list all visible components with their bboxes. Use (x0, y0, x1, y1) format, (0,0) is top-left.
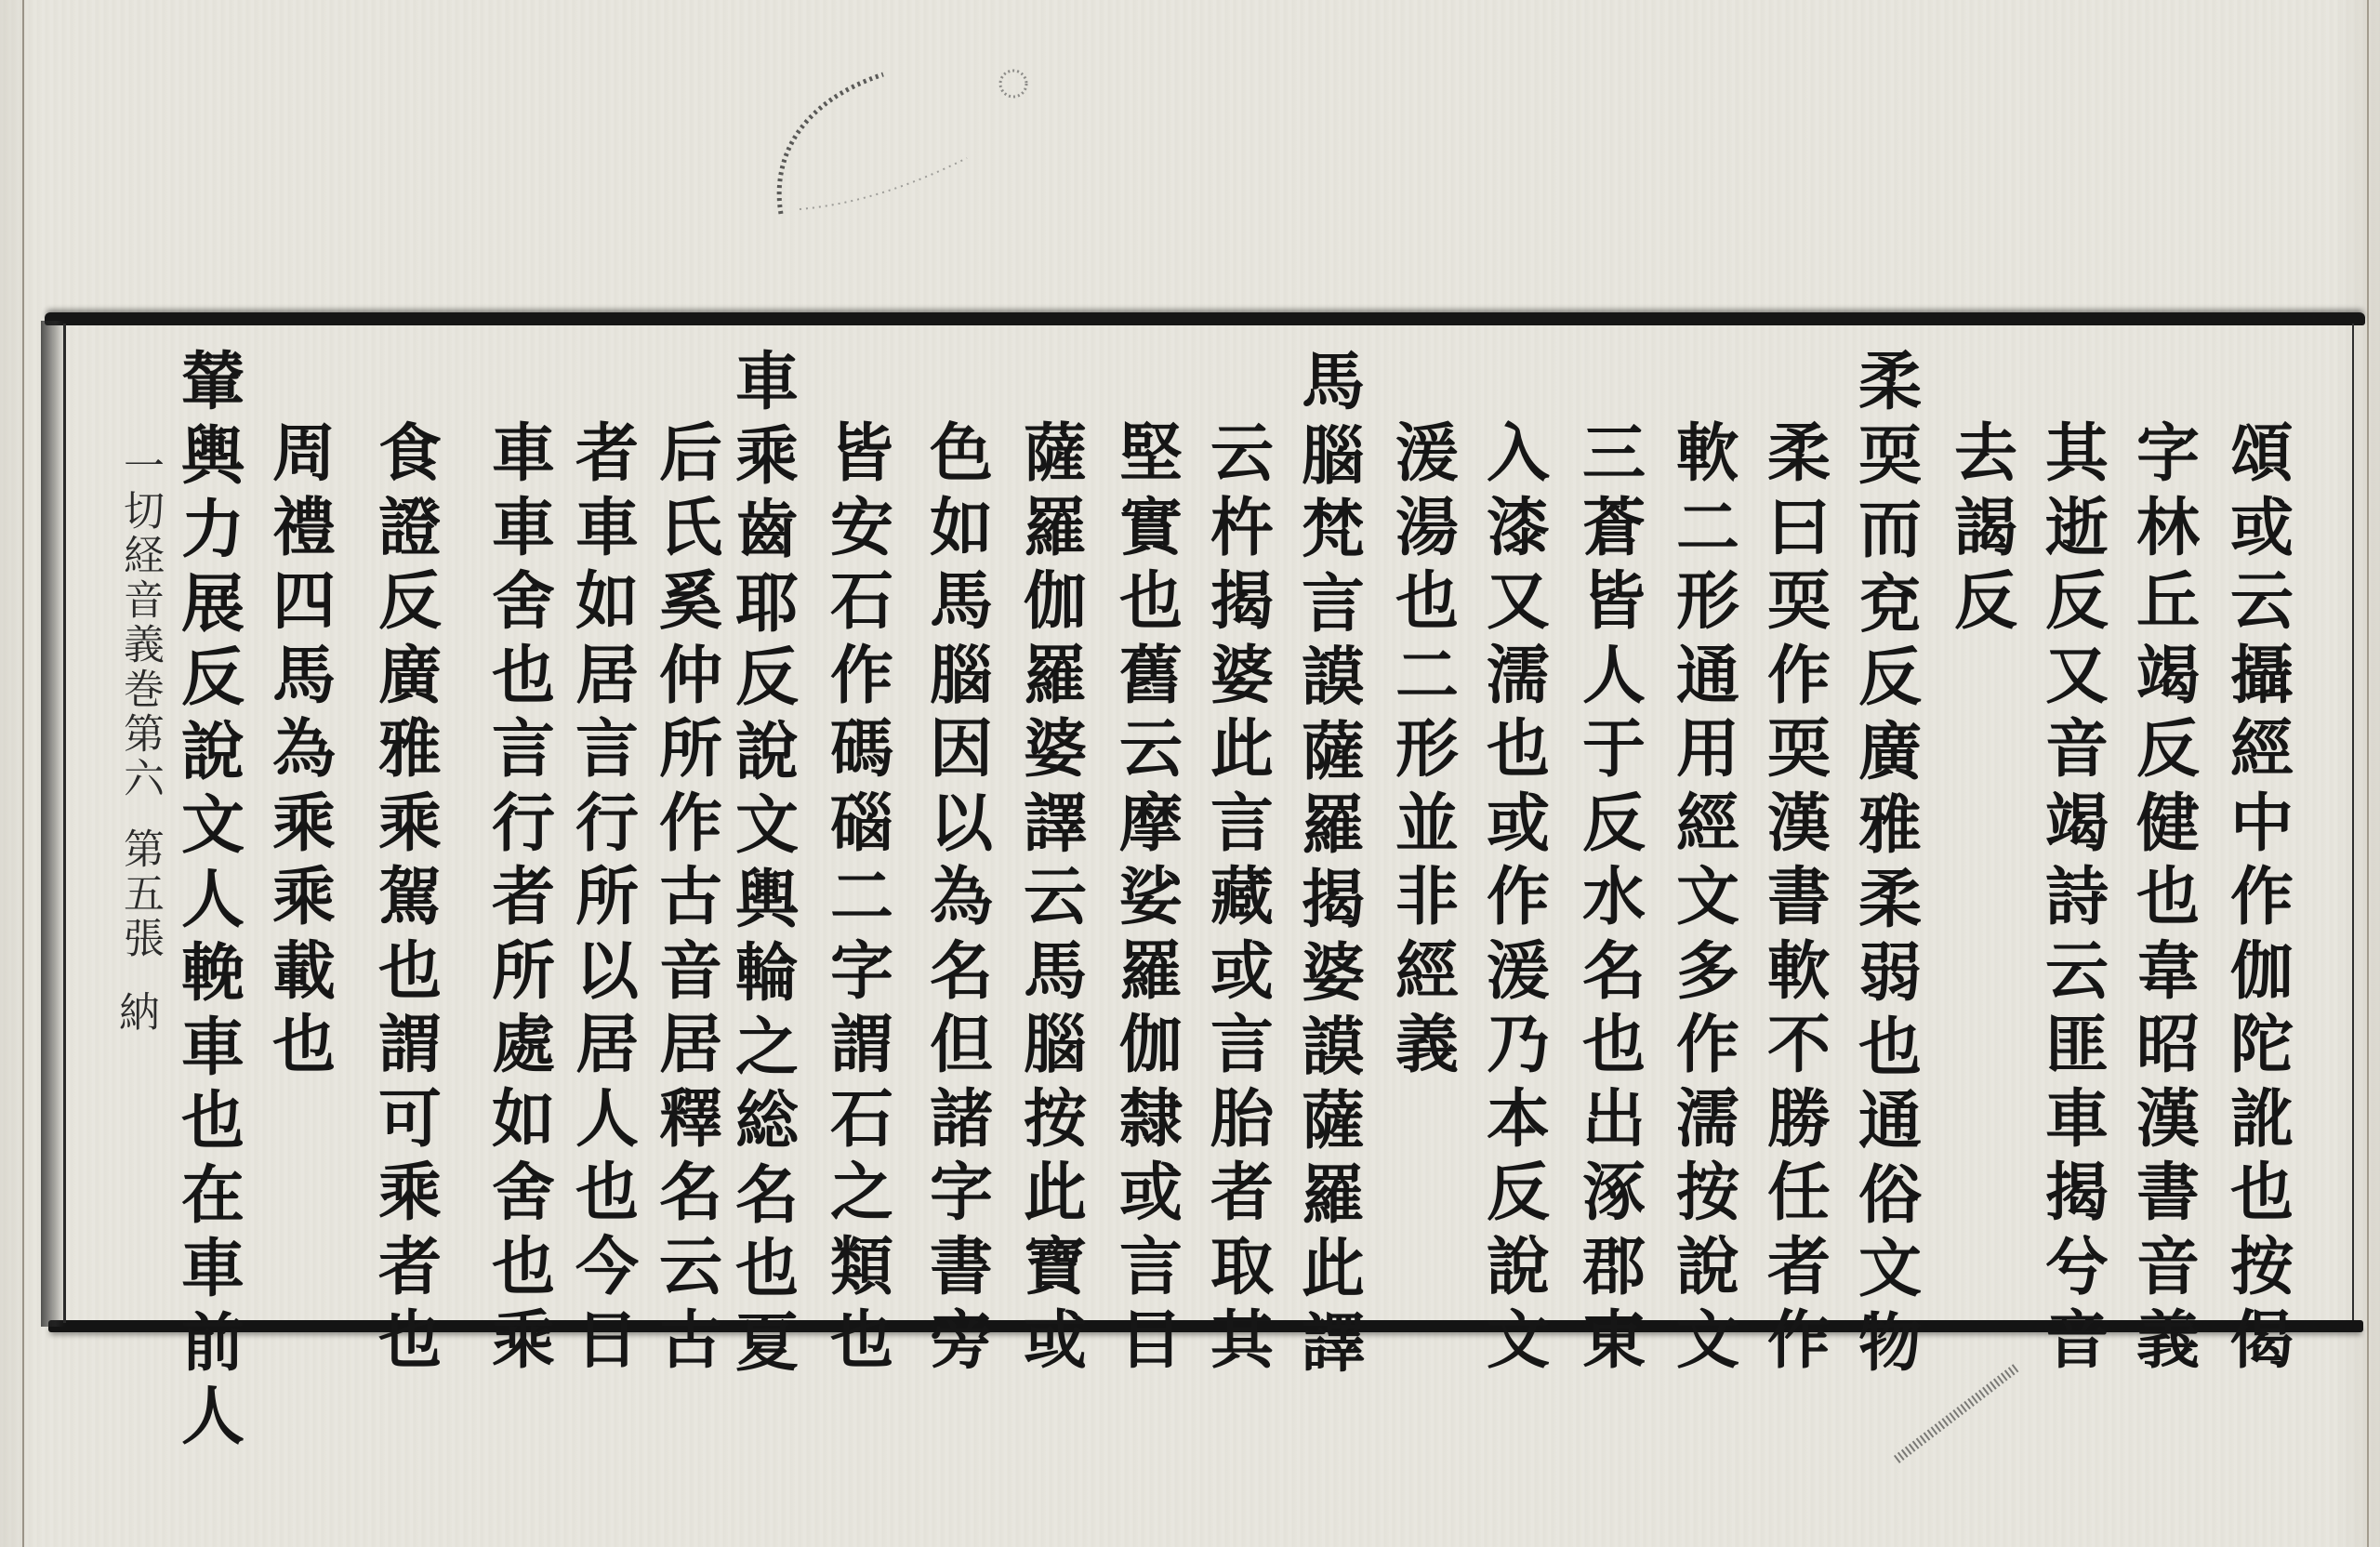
character: 日 (575, 1304, 639, 1379)
character: 說 (181, 716, 245, 790)
character: 輪 (735, 937, 799, 1011)
character: 婆 (1024, 713, 1087, 787)
text-column: 食證反廣雅乘駕也謂可乘者也 (368, 417, 452, 1379)
footer-mark: 納 (119, 987, 160, 1039)
character: 寶 (1024, 1231, 1087, 1305)
page-footer-column: 一切経音義巻第六 第五張 納 (112, 444, 167, 1039)
character: 古 (659, 861, 722, 935)
character: 或 (1024, 1304, 1087, 1379)
character: 並 (1395, 787, 1459, 862)
character: 云 (2230, 565, 2294, 640)
character: 四 (272, 565, 336, 640)
entry-headword-column: 馬腦梵言謨薩羅揭婆謨薩羅此譯 (1291, 346, 1375, 1381)
frame-border-right (2352, 324, 2354, 1320)
character: 作 (1767, 640, 1831, 714)
character: 羅 (1302, 1159, 1365, 1234)
character: 如 (930, 492, 993, 566)
character: 云 (1119, 713, 1183, 787)
character: 車 (492, 492, 555, 566)
character: 乘 (492, 1304, 555, 1379)
character: 也 (1582, 1009, 1646, 1083)
character: 經 (1676, 787, 1739, 862)
character: 薩 (1024, 417, 1087, 492)
character: 不 (1767, 1009, 1831, 1083)
character: 作 (659, 787, 722, 862)
character: 或 (2230, 492, 2294, 566)
character: 羅 (1024, 492, 1087, 566)
frame-border-left (63, 324, 66, 1323)
character: 輿 (735, 864, 799, 938)
character: 反 (378, 565, 442, 640)
character: 伽 (1024, 565, 1087, 640)
character: 摩 (1119, 787, 1183, 862)
character: 所 (492, 935, 555, 1010)
character: 藏 (1210, 861, 1274, 935)
text-column: 者車如居言行所以居人也今日 (565, 417, 649, 1379)
character: 水 (1582, 861, 1646, 935)
character: 薩 (1302, 716, 1365, 790)
character: 此 (1302, 1233, 1365, 1307)
character: 類 (830, 1231, 893, 1305)
character: 軟 (1676, 417, 1739, 492)
character: 居 (575, 640, 639, 714)
character: 車 (575, 492, 639, 566)
character: 諸 (930, 1083, 993, 1157)
character: 或 (1119, 1157, 1183, 1231)
character: 釋 (659, 1083, 722, 1157)
character: 名 (659, 1157, 722, 1231)
character: 文 (1676, 1304, 1739, 1379)
character: 云 (1210, 417, 1274, 492)
character: 婆 (1302, 937, 1365, 1011)
character: 展 (181, 568, 245, 642)
entry-headword-column: 車乘齒耶反說文輿輪之総名也夏 (725, 346, 809, 1381)
character: 此 (1024, 1157, 1087, 1231)
character: 雅 (378, 713, 442, 787)
character: 反 (181, 641, 245, 716)
character: 謂 (830, 1009, 893, 1083)
character: 揭 (2045, 1157, 2109, 1231)
character: 車 (492, 417, 555, 492)
page-edge-right (2367, 0, 2369, 1547)
text-column: 周禮四馬為乘乘載也 (262, 417, 346, 1083)
character: 作 (1487, 861, 1550, 935)
character: 羅 (1119, 935, 1183, 1010)
character: 音 (2045, 713, 2109, 787)
character: 乘 (378, 787, 442, 862)
character: 如 (575, 565, 639, 640)
character: 人 (181, 864, 245, 938)
character: 舊 (1119, 640, 1183, 714)
character: 車 (2045, 1083, 2109, 1157)
character: 如 (492, 1083, 555, 1157)
character: 伽 (1119, 1009, 1183, 1083)
character: 名 (930, 935, 993, 1010)
character: 入 (1487, 417, 1550, 492)
character: 郡 (1582, 1231, 1646, 1305)
character: 碯 (830, 787, 893, 862)
character: 為 (272, 713, 336, 787)
character: 反 (2045, 565, 2109, 640)
character: 石 (830, 1083, 893, 1157)
character: 曰 (1767, 492, 1831, 566)
character: 古 (659, 1304, 722, 1379)
character: 奚 (659, 565, 722, 640)
character: 去 (1954, 417, 2017, 492)
character: 也 (272, 1009, 336, 1083)
character: 耶 (735, 568, 799, 642)
character: 或 (1210, 935, 1274, 1010)
character: 乘 (272, 787, 336, 862)
character: 者 (492, 861, 555, 935)
character: 杵 (1210, 492, 1274, 566)
character: 中 (2230, 787, 2294, 862)
character: 居 (659, 1009, 722, 1083)
character: 車 (181, 1233, 245, 1307)
character: 舍 (492, 1157, 555, 1231)
character: 勝 (1767, 1083, 1831, 1157)
character: 按 (2230, 1231, 2294, 1305)
character: 林 (2136, 492, 2200, 566)
character: 者 (575, 417, 639, 492)
character: 言 (1302, 568, 1365, 642)
character: 又 (1487, 565, 1550, 640)
character: 任 (1767, 1157, 1831, 1231)
footer-sheet-number: 第五張 (113, 827, 165, 961)
character: 湲 (1487, 935, 1550, 1010)
text-column: 入漆又濡也或作湲乃本反說文 (1476, 417, 1560, 1379)
character: 柔 (1858, 864, 1922, 938)
character: 在 (181, 1159, 245, 1234)
character: 音 (2136, 1231, 2200, 1305)
character: 韋 (2136, 935, 2200, 1010)
character: 乘 (735, 420, 799, 495)
character: 車 (181, 1011, 245, 1086)
character: 反 (1582, 787, 1646, 862)
character: 之 (735, 1011, 799, 1086)
text-column: 堅實也舊云摩娑羅伽隸或言目 (1109, 417, 1193, 1379)
character: 作 (830, 640, 893, 714)
character: 為 (930, 861, 993, 935)
character: 齒 (735, 494, 799, 568)
character: 文 (1487, 1304, 1550, 1379)
character: 后 (659, 417, 722, 492)
character: 羅 (1302, 789, 1365, 864)
character: 漆 (1487, 492, 1550, 566)
text-column: 柔曰耎作耎漢書軟不勝任者作 (1757, 417, 1841, 1379)
character: 色 (930, 417, 993, 492)
character: 以 (930, 787, 993, 862)
character: 湯 (1395, 492, 1459, 566)
character: 反 (1954, 565, 2017, 640)
character: 揭 (1302, 864, 1365, 938)
character: 俗 (1858, 1159, 1922, 1234)
character: 陀 (2230, 1009, 2294, 1083)
character: 石 (830, 565, 893, 640)
character: 或 (1487, 787, 1550, 862)
character: 者 (378, 1231, 442, 1305)
character: 取 (1210, 1231, 1274, 1305)
character: 乃 (1487, 1009, 1550, 1083)
character: 湲 (1395, 417, 1459, 492)
character: 也 (2136, 861, 2200, 935)
character: 也 (378, 935, 442, 1010)
character: 腦 (1302, 420, 1365, 495)
character: 馬 (1024, 935, 1087, 1010)
text-column: 色如馬腦因以為名但諸字書旁 (919, 417, 1003, 1379)
character: 人 (181, 1381, 245, 1455)
character: 謂 (378, 1009, 442, 1083)
character: 詩 (2045, 861, 2109, 935)
character: 軟 (1767, 935, 1831, 1010)
character: 三 (1582, 417, 1646, 492)
footer-title: 一切経音義巻第六 (113, 444, 165, 801)
character: 文 (1676, 861, 1739, 935)
character: 以 (575, 935, 639, 1010)
character: 乘 (272, 861, 336, 935)
character: 竭 (2045, 787, 2109, 862)
character: 也 (575, 1157, 639, 1231)
character: 形 (1395, 713, 1459, 787)
character: 駕 (378, 861, 442, 935)
character: 兗 (1858, 568, 1922, 642)
character: 用 (1676, 713, 1739, 787)
character: 目 (1119, 1304, 1183, 1379)
character: 作 (1767, 1304, 1831, 1379)
character: 皆 (830, 417, 893, 492)
character: 物 (1858, 1307, 1922, 1382)
character: 也 (1487, 713, 1550, 787)
character: 但 (930, 1009, 993, 1083)
character: 車 (735, 346, 799, 420)
character: 譯 (1024, 787, 1087, 862)
character: 二 (830, 861, 893, 935)
character: 総 (735, 1085, 799, 1159)
character: 馬 (272, 640, 336, 714)
text-column: 去謁反 (1944, 417, 2028, 640)
character: 因 (930, 713, 993, 787)
character: 文 (1858, 1233, 1922, 1307)
character: 梵 (1302, 494, 1365, 568)
character: 夏 (735, 1307, 799, 1382)
character: 輦 (181, 346, 245, 420)
entry-headword-column: 柔耎而兗反廣雅柔弱也通俗文物 (1848, 346, 1932, 1381)
character: 皆 (1582, 565, 1646, 640)
character: 云 (659, 1231, 722, 1305)
character: 于 (1582, 713, 1646, 787)
character: 安 (830, 492, 893, 566)
character: 馬 (1302, 346, 1365, 420)
character: 也 (492, 640, 555, 714)
character: 蒼 (1582, 492, 1646, 566)
character: 名 (1582, 935, 1646, 1010)
frame-border-top (45, 312, 2365, 325)
character: 胎 (1210, 1083, 1274, 1157)
character: 也 (1395, 565, 1459, 640)
text-column: 其逝反又音竭詩云匪車揭兮音 (2035, 417, 2119, 1379)
character: 之 (830, 1157, 893, 1231)
character: 訛 (2230, 1083, 2294, 1157)
character: 字 (830, 935, 893, 1010)
character: 處 (492, 1009, 555, 1083)
character: 廣 (378, 640, 442, 714)
character: 謨 (1302, 641, 1365, 716)
character: 廣 (1858, 716, 1922, 790)
character: 也 (378, 1304, 442, 1379)
character: 腦 (930, 640, 993, 714)
character: 言 (492, 713, 555, 787)
character: 周 (272, 417, 336, 492)
character: 柔 (1767, 417, 1831, 492)
character: 云 (2045, 935, 2109, 1010)
character: 出 (1582, 1083, 1646, 1157)
character: 音 (2045, 1304, 2109, 1379)
character: 人 (575, 1083, 639, 1157)
character: 可 (378, 1083, 442, 1157)
character: 所 (659, 713, 722, 787)
character: 譯 (1302, 1307, 1365, 1382)
character: 耎 (1767, 565, 1831, 640)
character: 薩 (1302, 1085, 1365, 1159)
character: 者 (1210, 1157, 1274, 1231)
character: 堅 (1119, 417, 1183, 492)
character: 也 (735, 1233, 799, 1307)
character: 書 (2136, 1157, 2200, 1231)
character: 說 (1487, 1231, 1550, 1305)
character: 居 (575, 1009, 639, 1083)
character: 健 (2136, 787, 2200, 862)
character: 謨 (1302, 1011, 1365, 1086)
character: 碼 (830, 713, 893, 787)
character: 所 (575, 861, 639, 935)
character: 者 (1767, 1231, 1831, 1305)
character: 漢 (1767, 787, 1831, 862)
character: 食 (378, 417, 442, 492)
character: 行 (492, 787, 555, 862)
character: 揭 (1210, 565, 1274, 640)
text-column: 三蒼皆人于反水名也出涿郡東 (1572, 417, 1656, 1379)
character: 此 (1210, 713, 1274, 787)
character: 涿 (1582, 1157, 1646, 1231)
character: 通 (1676, 640, 1739, 714)
character: 馬 (930, 565, 993, 640)
character: 書 (930, 1231, 993, 1305)
character: 丘 (2136, 565, 2200, 640)
character: 形 (1676, 565, 1739, 640)
frame-border-left-shadow (41, 321, 65, 1327)
character: 雅 (1858, 789, 1922, 864)
character: 耎 (1767, 713, 1831, 787)
character: 也 (1858, 1011, 1922, 1086)
character: 伽 (2230, 935, 2294, 1010)
character: 反 (1858, 641, 1922, 716)
text-column: 云杵揭婆此言藏或言胎者取其 (1200, 417, 1284, 1379)
character: 柔 (1858, 346, 1922, 420)
character: 反 (2136, 713, 2200, 787)
character: 匪 (2045, 1009, 2109, 1083)
character: 言 (575, 713, 639, 787)
character: 輿 (181, 420, 245, 495)
character: 言 (1210, 1009, 1274, 1083)
character: 漢 (2136, 1083, 2200, 1157)
character: 也 (492, 1231, 555, 1305)
character: 按 (1676, 1157, 1739, 1231)
character: 乘 (378, 1157, 442, 1231)
character: 義 (2136, 1304, 2200, 1379)
character: 作 (2230, 861, 2294, 935)
character: 字 (2136, 417, 2200, 492)
text-column: 頌或云攝經中作伽陀訛也按偈 (2220, 417, 2304, 1379)
character: 弱 (1858, 937, 1922, 1011)
character: 證 (378, 492, 442, 566)
character: 濡 (1676, 1083, 1739, 1157)
text-column: 車車舍也言行者所處如舍也乘 (482, 417, 565, 1379)
character: 也 (181, 1085, 245, 1159)
character: 逝 (2045, 492, 2109, 566)
character: 兮 (2045, 1231, 2109, 1305)
character: 按 (1024, 1083, 1087, 1157)
character: 舍 (492, 565, 555, 640)
text-column: 軟二形通用經文多作濡按說文 (1666, 417, 1750, 1379)
text-column: 薩羅伽羅婆譯云馬腦按此寶或 (1013, 417, 1097, 1379)
character: 頌 (2230, 417, 2294, 492)
character: 昭 (2136, 1009, 2200, 1083)
character: 隸 (1119, 1083, 1183, 1157)
character: 竭 (2136, 640, 2200, 714)
character: 本 (1487, 1083, 1550, 1157)
character: 旁 (930, 1304, 993, 1379)
character: 行 (575, 787, 639, 862)
character: 云 (1024, 861, 1087, 935)
character: 前 (181, 1307, 245, 1382)
character: 文 (181, 789, 245, 864)
character: 也 (830, 1304, 893, 1379)
character: 又 (2045, 640, 2109, 714)
character: 反 (735, 641, 799, 716)
character: 經 (1395, 935, 1459, 1010)
character: 人 (1582, 640, 1646, 714)
text-column: 皆安石作碼碯二字謂石之類也 (820, 417, 904, 1379)
character: 東 (1582, 1304, 1646, 1379)
character: 音 (659, 935, 722, 1010)
character: 力 (181, 494, 245, 568)
character: 言 (1119, 1231, 1183, 1305)
character: 也 (1119, 565, 1183, 640)
character: 說 (735, 716, 799, 790)
character: 羅 (1024, 640, 1087, 714)
character: 書 (1767, 861, 1831, 935)
character: 多 (1676, 935, 1739, 1010)
text-column: 湲湯也二形並非經義 (1385, 417, 1469, 1083)
character: 名 (735, 1159, 799, 1234)
character: 濡 (1487, 640, 1550, 714)
character: 偈 (2230, 1304, 2294, 1379)
character: 載 (272, 935, 336, 1010)
character: 婆 (1210, 640, 1274, 714)
character: 字 (930, 1157, 993, 1231)
character: 二 (1395, 640, 1459, 714)
character: 其 (1210, 1304, 1274, 1379)
character: 非 (1395, 861, 1459, 935)
paper-page: 頌或云攝經中作伽陀訛也按偈字林丘竭反健也韋昭漢書音義其逝反又音竭詩云匪車揭兮音去… (0, 0, 2380, 1547)
character: 經 (2230, 713, 2294, 787)
entry-headword-column: 輦輿力展反說文人輓車也在車前人 (171, 346, 255, 1455)
character: 娑 (1119, 861, 1183, 935)
character: 今 (575, 1231, 639, 1305)
character: 仲 (659, 640, 722, 714)
character: 其 (2045, 417, 2109, 492)
character: 說 (1676, 1231, 1739, 1305)
